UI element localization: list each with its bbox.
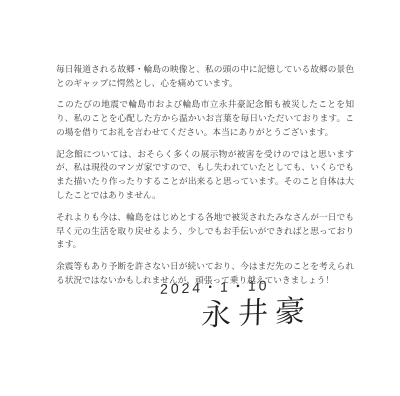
letter-paragraph-4: それよりも今は、輪島をはじめとする各地で被災されたみなさんが一日でも早く元の生活…	[56, 211, 354, 253]
handwritten-date: 2024・1・10	[160, 275, 270, 299]
scanned-letter-page: 毎日報道される故郷・輪島の映像と、私の頭の中に記憶している故郷の景色とのギャップ…	[0, 0, 400, 396]
letter-paragraph-3: 記念館については、おそらく多くの展示物が被害を受けのではと思いますが、私は現役の…	[56, 148, 354, 204]
letter-paragraph-1: 毎日報道される故郷・輪島の映像と、私の頭の中に記憶している故郷の景色とのギャップ…	[56, 63, 354, 91]
signature-nagai-go: 永井豪	[201, 297, 313, 332]
letter-paragraph-2: このたびの地震で輪島市および輪島市立永井豪記念館も被災したことを知り、私のことを…	[56, 98, 354, 140]
letter-body: 毎日報道される故郷・輪島の映像と、私の頭の中に記憶している故郷の景色とのギャップ…	[56, 63, 354, 295]
